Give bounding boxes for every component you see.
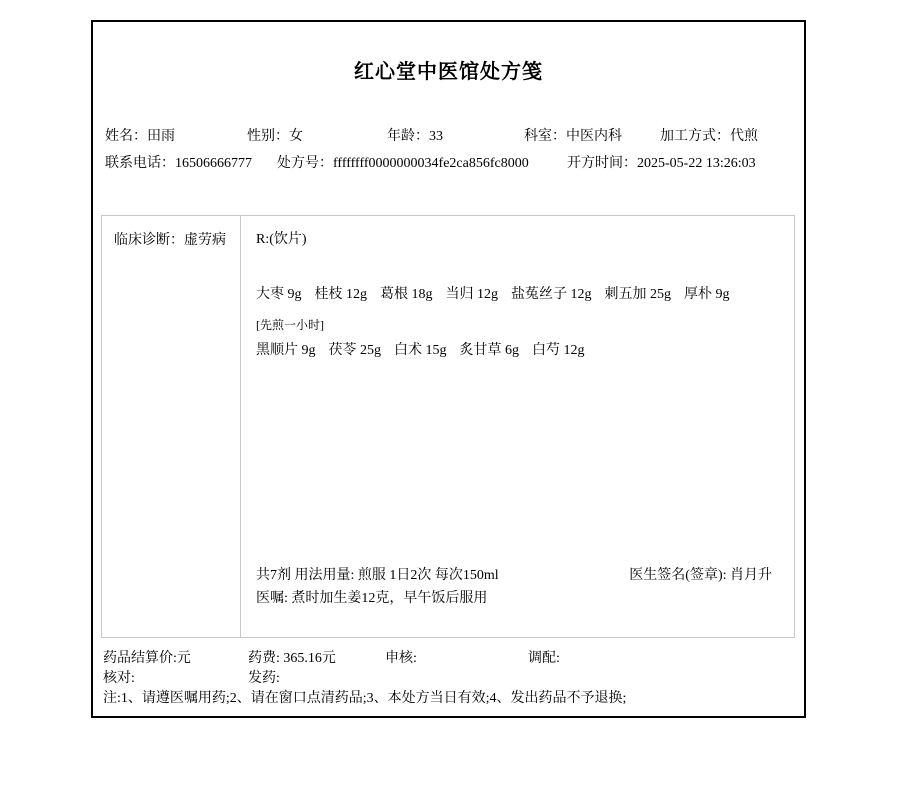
herb-list-line2: 黑顺片 9g茯苓 25g白术 15g炙甘草 6g白芍 12g [256,339,780,359]
issue-time-label: 开方时间： [567,156,637,171]
patient-age-value: 33 [429,129,443,144]
medicine-fee-field: 药费: 365.16元 [248,647,336,667]
settle-price-label: 药品结算价: [103,651,177,666]
review-field: 申核: [385,647,417,667]
herb-list-line1: 大枣 9g桂枝 12g葛根 18g当归 12g盐菟丝子 12g刺五加 25g厚朴… [256,283,780,303]
medicine-fee-value: 365.16元 [283,651,336,666]
issue-time-field: 开方时间：2025-05-22 13:26:03 [567,152,756,172]
herb-item: 白术 15g [394,343,447,358]
usage-text: 共7剂 用法用量: 煎服 1日2次 每次150ml [256,564,499,584]
prescription-number-label: 处方号： [277,156,333,171]
herb-item: 盐菟丝子 12g [511,287,592,302]
herb-item: 葛根 18g [380,287,433,302]
processing-method-field: 加工方式：代煎 [660,125,758,145]
patient-age-field: 年龄：33 [387,125,443,145]
diagnosis-value: 虚劳病 [184,233,226,248]
usage-row: 共7剂 用法用量: 煎服 1日2次 每次150ml 医生签名(签章): 肖月升 [256,564,780,584]
rx-header: R:(饮片) [256,228,780,248]
patient-name-value: 田雨 [147,129,175,144]
phone-field: 联系电话：16506666777 [105,152,252,172]
department-value: 中医内科 [566,129,622,144]
check-field: 核对: [103,667,135,687]
prescription-number-field: 处方号：ffffffff0000000034fe2ca856fc8000 [277,152,529,172]
herb-item: 厚朴 9g [684,287,730,302]
herb-item: 白芍 12g [532,343,585,358]
settle-price-field: 药品结算价:元 [103,647,191,667]
diagnosis-cell: 临床诊断：虚劳病 [102,216,241,637]
herb-item: 茯苓 25g [329,343,382,358]
issue-medicine-field: 发药: [248,667,280,687]
patient-gender-label: 性别： [247,129,289,144]
issue-time-value: 2025-05-22 13:26:03 [637,156,756,171]
diagnosis-label: 临床诊断： [114,233,184,248]
phone-label: 联系电话： [105,156,175,171]
patient-name-field: 姓名：田雨 [105,125,175,145]
decoction-special-note: [先煎一小时] [256,316,780,333]
department-label: 科室： [524,129,566,144]
herb-item: 当归 12g [446,287,499,302]
rx-content-cell: R:(饮片) 大枣 9g桂枝 12g葛根 18g当归 12g盐菟丝子 12g刺五… [241,216,794,637]
dispense-field: 调配: [528,647,560,667]
prescription-page: 红心堂中医馆处方笺 姓名：田雨 性别：女 年龄：33 科室：中医内科 加工方式：… [0,0,900,800]
processing-method-value: 代煎 [730,129,758,144]
department-field: 科室：中医内科 [524,125,622,145]
settle-price-value: 元 [177,651,191,666]
patient-age-label: 年龄： [387,129,429,144]
doctor-signature: 医生签名(签章): 肖月升 [629,564,780,584]
medicine-fee-label: 药费: [248,651,283,666]
herb-item: 大枣 9g [256,287,302,302]
patient-name-label: 姓名： [105,129,147,144]
herb-item: 刺五加 25g [605,287,672,302]
prescription-body-box: 临床诊断：虚劳病 R:(饮片) 大枣 9g桂枝 12g葛根 18g当归 12g盐… [101,215,795,638]
herb-item: 黑顺片 9g [256,343,316,358]
patient-gender-value: 女 [289,129,303,144]
footer-note: 注:1、请遵医嘱用药;2、请在窗口点清药品;3、本处方当日有效;4、发出药品不予… [103,687,626,707]
phone-value: 16506666777 [175,156,252,171]
processing-method-label: 加工方式： [660,129,730,144]
page-title: 红心堂中医馆处方笺 [93,55,804,84]
patient-gender-field: 性别：女 [247,125,303,145]
doctor-signature-name: 肖月升 [730,568,772,583]
herb-item: 桂枝 12g [315,287,368,302]
doctor-advice: 医嘱: 煮时加生姜12克，早午饭后服用 [256,587,780,607]
prescription-number-value: ffffffff0000000034fe2ca856fc8000 [333,156,529,171]
herb-item: 炙甘草 6g [460,343,520,358]
doctor-signature-label: 医生签名(签章): [629,568,730,583]
usage-block: 共7剂 用法用量: 煎服 1日2次 每次150ml 医生签名(签章): 肖月升 … [256,564,780,607]
